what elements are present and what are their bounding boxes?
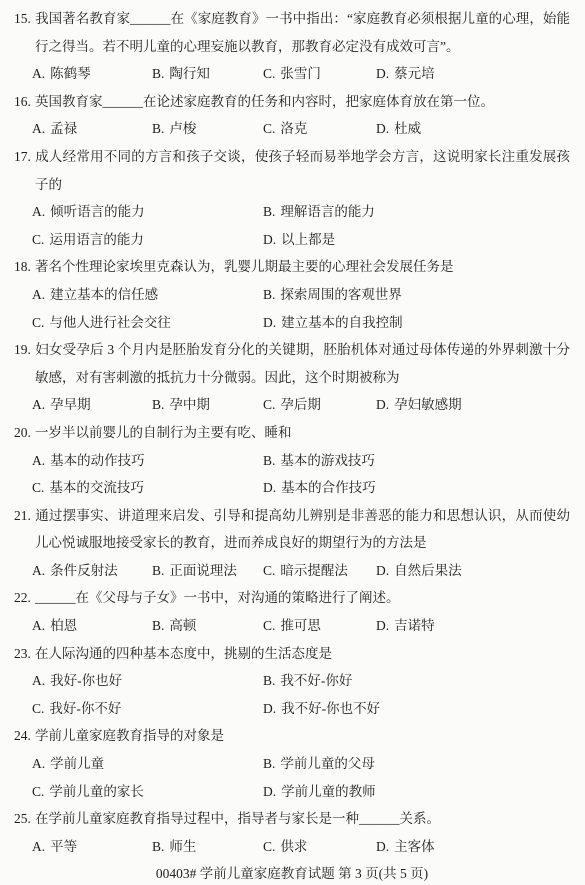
option-label: A. — [32, 66, 45, 81]
option-label: C. — [263, 563, 275, 578]
option-text: 我不好-你也不好 — [281, 701, 380, 716]
question-stem: 23.在人际沟通的四种基本态度中，挑剔的生活态度是 — [14, 640, 570, 668]
option-text: 条件反射法 — [50, 563, 118, 578]
option-c: C.我好-你不好 — [32, 695, 263, 723]
options-row: A.条件反射法 B.正面说理法 C.暗示提醒法 D.自然后果法 — [32, 557, 570, 585]
question-number: 25. — [14, 805, 35, 833]
question-16: 16.英国教育家______在论述家庭教育的任务和内容时，把家庭体育放在第一位。… — [14, 88, 570, 143]
option-label: D. — [376, 618, 389, 633]
option-text: 张雪门 — [280, 66, 321, 81]
option-text: 孟禄 — [50, 121, 77, 136]
option-text: 与他人进行社会交往 — [49, 315, 171, 330]
options-row: A.孕早期 B.孕中期 C.孕后期 D.孕妇敏感期 — [32, 391, 570, 419]
option-label: B. — [152, 121, 164, 136]
option-a: A.建立基本的信任感 — [32, 281, 263, 309]
option-label: A. — [32, 756, 45, 771]
option-text: 理解语言的能力 — [280, 204, 375, 219]
question-number: 20. — [14, 419, 35, 447]
question-text: 通过摆事实、讲道理来启发、引导和提高幼儿辨别是非善恶的能力和思想认识，从而使幼儿… — [35, 508, 570, 551]
option-text: 自然后果法 — [394, 563, 462, 578]
option-label: A. — [32, 121, 45, 136]
option-text: 学前儿童的教师 — [281, 784, 376, 799]
option-text: 运用语言的能力 — [49, 232, 144, 247]
question-text: 一岁半以前婴儿的自制行为主要有吃、睡和 — [35, 425, 292, 440]
question-stem: 20.一岁半以前婴儿的自制行为主要有吃、睡和 — [14, 419, 570, 447]
options-grid: A.基本的动作技巧 B.基本的游戏技巧 C.基本的交流技巧 D.基本的合作技巧 — [32, 447, 570, 502]
question-text: 在人际沟通的四种基本态度中，挑剔的生活态度是 — [35, 646, 332, 661]
option-d: D.基本的合作技巧 — [263, 474, 570, 502]
question-text: ______在《父母与子女》一书中，对沟通的策略进行了阐述。 — [35, 590, 400, 605]
option-label: D. — [376, 66, 389, 81]
option-text: 柏恩 — [50, 618, 77, 633]
option-d: D.学前儿童的教师 — [263, 778, 570, 806]
option-d: D.蔡元培 — [376, 60, 570, 88]
option-c: C.供求 — [263, 833, 376, 861]
option-text: 孕妇敏感期 — [394, 397, 462, 412]
option-text: 探索周围的客观世界 — [280, 287, 402, 302]
question-number: 18. — [14, 253, 35, 281]
option-d: D.吉诺特 — [376, 612, 570, 640]
option-label: B. — [152, 563, 164, 578]
option-label: B. — [152, 618, 164, 633]
question-stem: 16.英国教育家______在论述家庭教育的任务和内容时，把家庭体育放在第一位。 — [14, 88, 570, 116]
option-text: 基本的合作技巧 — [281, 480, 376, 495]
option-text: 蔡元培 — [394, 66, 435, 81]
options-row: A.孟禄 B.卢梭 C.洛克 D.杜威 — [32, 115, 570, 143]
option-a: A.孕早期 — [32, 391, 152, 419]
option-label: C. — [32, 315, 44, 330]
option-d: D.我不好-你也不好 — [263, 695, 570, 723]
option-c: C.张雪门 — [263, 60, 376, 88]
option-label: C. — [32, 232, 44, 247]
question-25: 25.在学前儿童家庭教育指导过程中，指导者与家长是一种______关系。 A.平… — [14, 805, 570, 860]
option-c: C.学前儿童的家长 — [32, 778, 263, 806]
page-footer: 00403# 学前儿童家庭教育试题 第 3 页(共 5 页) — [14, 860, 570, 885]
question-17: 17.成人经常用不同的方言和孩子交谈，使孩子轻而易举地学会方言，这说明家长注重发… — [14, 143, 570, 253]
question-text: 在学前儿童家庭教育指导过程中，指导者与家长是一种______关系。 — [35, 811, 440, 826]
option-text: 学前儿童的父母 — [280, 756, 375, 771]
option-text: 基本的游戏技巧 — [280, 453, 375, 468]
question-text: 妇女受孕后 3 个月内是胚胎发育分化的关键期，胚胎机体对通过母体传递的外界刺激十… — [35, 342, 570, 385]
option-b: B.卢梭 — [152, 115, 263, 143]
options-row: A.柏恩 B.高顿 C.推可思 D.吉诺特 — [32, 612, 570, 640]
option-text: 我不好-你好 — [280, 673, 352, 688]
options-row: A.陈鹤琴 B.陶行知 C.张雪门 D.蔡元培 — [32, 60, 570, 88]
option-label: D. — [263, 480, 276, 495]
question-stem: 22.______在《父母与子女》一书中，对沟通的策略进行了阐述。 — [14, 584, 570, 612]
options-grid: A.倾听语言的能力 B.理解语言的能力 C.运用语言的能力 D.以上都是 — [32, 198, 570, 253]
question-stem: 18.著名个性理论家埃里克森认为，乳婴儿期最主要的心理社会发展任务是 — [14, 253, 570, 281]
option-label: B. — [263, 453, 275, 468]
option-c: C.运用语言的能力 — [32, 226, 263, 254]
option-label: C. — [263, 618, 275, 633]
option-label: D. — [376, 121, 389, 136]
option-a: A.基本的动作技巧 — [32, 447, 263, 475]
option-d: D.杜威 — [376, 115, 570, 143]
question-21: 21.通过摆事实、讲道理来启发、引导和提高幼儿辨别是非善恶的能力和思想认识，从而… — [14, 502, 570, 585]
option-b: B.陶行知 — [152, 60, 263, 88]
option-text: 主客体 — [394, 839, 435, 854]
exam-page: 15.我国著名教育家______在《家庭教育》一书中指出：“家庭教育必须根据儿童… — [0, 0, 585, 885]
options-grid: A.我好-你也好 B.我不好-你好 C.我好-你不好 D.我不好-你也不好 — [32, 667, 570, 722]
option-text: 暗示提醒法 — [280, 563, 348, 578]
option-label: B. — [152, 66, 164, 81]
option-a: A.学前儿童 — [32, 750, 263, 778]
option-text: 建立基本的自我控制 — [281, 315, 403, 330]
question-stem: 25.在学前儿童家庭教育指导过程中，指导者与家长是一种______关系。 — [14, 805, 570, 833]
option-b: B.基本的游戏技巧 — [263, 447, 570, 475]
option-label: D. — [263, 232, 276, 247]
option-label: D. — [376, 397, 389, 412]
option-text: 供求 — [280, 839, 307, 854]
option-a: A.柏恩 — [32, 612, 152, 640]
option-c: C.洛克 — [263, 115, 376, 143]
question-number: 17. — [14, 143, 35, 171]
option-text: 孕中期 — [169, 397, 210, 412]
option-text: 洛克 — [280, 121, 307, 136]
question-number: 19. — [14, 336, 35, 364]
option-text: 高顿 — [169, 618, 196, 633]
option-label: D. — [376, 563, 389, 578]
option-label: A. — [32, 618, 45, 633]
question-stem: 17.成人经常用不同的方言和孩子交谈，使孩子轻而易举地学会方言，这说明家长注重发… — [14, 143, 570, 198]
question-stem: 19.妇女受孕后 3 个月内是胚胎发育分化的关键期，胚胎机体对通过母体传递的外界… — [14, 336, 570, 391]
question-24: 24.学前儿童家庭教育指导的对象是 A.学前儿童 B.学前儿童的父母 C.学前儿… — [14, 722, 570, 805]
option-label: C. — [32, 480, 44, 495]
question-19: 19.妇女受孕后 3 个月内是胚胎发育分化的关键期，胚胎机体对通过母体传递的外界… — [14, 336, 570, 419]
option-d: D.自然后果法 — [376, 557, 570, 585]
option-a: A.平等 — [32, 833, 152, 861]
option-text: 陶行知 — [169, 66, 210, 81]
option-label: C. — [263, 121, 275, 136]
option-label: A. — [32, 453, 45, 468]
option-label: D. — [263, 784, 276, 799]
option-label: A. — [32, 673, 45, 688]
option-c: C.孕后期 — [263, 391, 376, 419]
option-b: B.理解语言的能力 — [263, 198, 570, 226]
options-grid: A.建立基本的信任感 B.探索周围的客观世界 C.与他人进行社会交往 D.建立基… — [32, 281, 570, 336]
option-a: A.我好-你也好 — [32, 667, 263, 695]
option-text: 我好-你不好 — [49, 701, 121, 716]
option-text: 基本的交流技巧 — [49, 480, 144, 495]
option-text: 孕早期 — [50, 397, 91, 412]
option-label: B. — [263, 287, 275, 302]
option-b: B.师生 — [152, 833, 263, 861]
option-a: A.陈鹤琴 — [32, 60, 152, 88]
option-a: A.条件反射法 — [32, 557, 152, 585]
option-label: C. — [263, 397, 275, 412]
option-label: C. — [32, 784, 44, 799]
option-c: C.推可思 — [263, 612, 376, 640]
option-label: B. — [263, 204, 275, 219]
option-label: C. — [263, 839, 275, 854]
question-number: 15. — [14, 5, 35, 33]
question-stem: 21.通过摆事实、讲道理来启发、引导和提高幼儿辨别是非善恶的能力和思想认识，从而… — [14, 502, 570, 557]
option-label: A. — [32, 839, 45, 854]
option-text: 基本的动作技巧 — [50, 453, 145, 468]
option-text: 杜威 — [394, 121, 421, 136]
question-number: 24. — [14, 722, 35, 750]
option-text: 倾听语言的能力 — [50, 204, 145, 219]
question-18: 18.著名个性理论家埃里克森认为，乳婴儿期最主要的心理社会发展任务是 A.建立基… — [14, 253, 570, 336]
option-label: B. — [263, 673, 275, 688]
option-text: 平等 — [50, 839, 77, 854]
question-20: 20.一岁半以前婴儿的自制行为主要有吃、睡和 A.基本的动作技巧 B.基本的游戏… — [14, 419, 570, 502]
option-label: B. — [152, 397, 164, 412]
question-text: 我国著名教育家______在《家庭教育》一书中指出：“家庭教育必须根据儿童的心理… — [35, 11, 570, 54]
option-c: C.基本的交流技巧 — [32, 474, 263, 502]
question-number: 16. — [14, 88, 35, 116]
option-d: D.建立基本的自我控制 — [263, 309, 570, 337]
question-number: 21. — [14, 502, 35, 530]
option-b: B.孕中期 — [152, 391, 263, 419]
option-text: 正面说理法 — [169, 563, 237, 578]
option-label: C. — [263, 66, 275, 81]
question-15: 15.我国著名教育家______在《家庭教育》一书中指出：“家庭教育必须根据儿童… — [14, 5, 570, 88]
question-23: 23.在人际沟通的四种基本态度中，挑剔的生活态度是 A.我好-你也好 B.我不好… — [14, 640, 570, 723]
option-b: B.正面说理法 — [152, 557, 263, 585]
question-text: 著名个性理论家埃里克森认为，乳婴儿期最主要的心理社会发展任务是 — [35, 259, 454, 274]
option-text: 建立基本的信任感 — [50, 287, 158, 302]
option-a: A.倾听语言的能力 — [32, 198, 263, 226]
option-text: 吉诺特 — [394, 618, 435, 633]
option-d: D.孕妇敏感期 — [376, 391, 570, 419]
option-d: D.主客体 — [376, 833, 570, 861]
option-b: B.学前儿童的父母 — [263, 750, 570, 778]
option-label: A. — [32, 397, 45, 412]
options-row: A.平等 B.师生 C.供求 D.主客体 — [32, 833, 570, 861]
option-label: A. — [32, 204, 45, 219]
option-a: A.孟禄 — [32, 115, 152, 143]
question-stem: 15.我国著名教育家______在《家庭教育》一书中指出：“家庭教育必须根据儿童… — [14, 5, 570, 60]
question-number: 22. — [14, 584, 35, 612]
option-c: C.与他人进行社会交往 — [32, 309, 263, 337]
options-grid: A.学前儿童 B.学前儿童的父母 C.学前儿童的家长 D.学前儿童的教师 — [32, 750, 570, 805]
option-text: 推可思 — [280, 618, 321, 633]
option-b: B.高顿 — [152, 612, 263, 640]
question-text: 英国教育家______在论述家庭教育的任务和内容时，把家庭体育放在第一位。 — [35, 94, 494, 109]
option-label: C. — [32, 701, 44, 716]
question-stem: 24.学前儿童家庭教育指导的对象是 — [14, 722, 570, 750]
option-b: B.我不好-你好 — [263, 667, 570, 695]
option-text: 我好-你也好 — [50, 673, 122, 688]
option-text: 学前儿童的家长 — [49, 784, 144, 799]
question-number: 23. — [14, 640, 35, 668]
option-text: 学前儿童 — [50, 756, 104, 771]
option-c: C.暗示提醒法 — [263, 557, 376, 585]
option-text: 陈鹤琴 — [50, 66, 91, 81]
question-22: 22.______在《父母与子女》一书中，对沟通的策略进行了阐述。 A.柏恩 B… — [14, 584, 570, 639]
option-text: 卢梭 — [169, 121, 196, 136]
option-b: B.探索周围的客观世界 — [263, 281, 570, 309]
option-label: D. — [263, 701, 276, 716]
option-text: 师生 — [169, 839, 196, 854]
option-label: A. — [32, 563, 45, 578]
option-label: B. — [263, 756, 275, 771]
option-label: D. — [376, 839, 389, 854]
option-label: A. — [32, 287, 45, 302]
question-text: 成人经常用不同的方言和孩子交谈，使孩子轻而易举地学会方言，这说明家长注重发展孩子… — [35, 149, 570, 192]
option-text: 孕后期 — [280, 397, 321, 412]
option-label: B. — [152, 839, 164, 854]
question-text: 学前儿童家庭教育指导的对象是 — [35, 728, 224, 743]
option-d: D.以上都是 — [263, 226, 570, 254]
option-text: 以上都是 — [281, 232, 335, 247]
option-label: D. — [263, 315, 276, 330]
